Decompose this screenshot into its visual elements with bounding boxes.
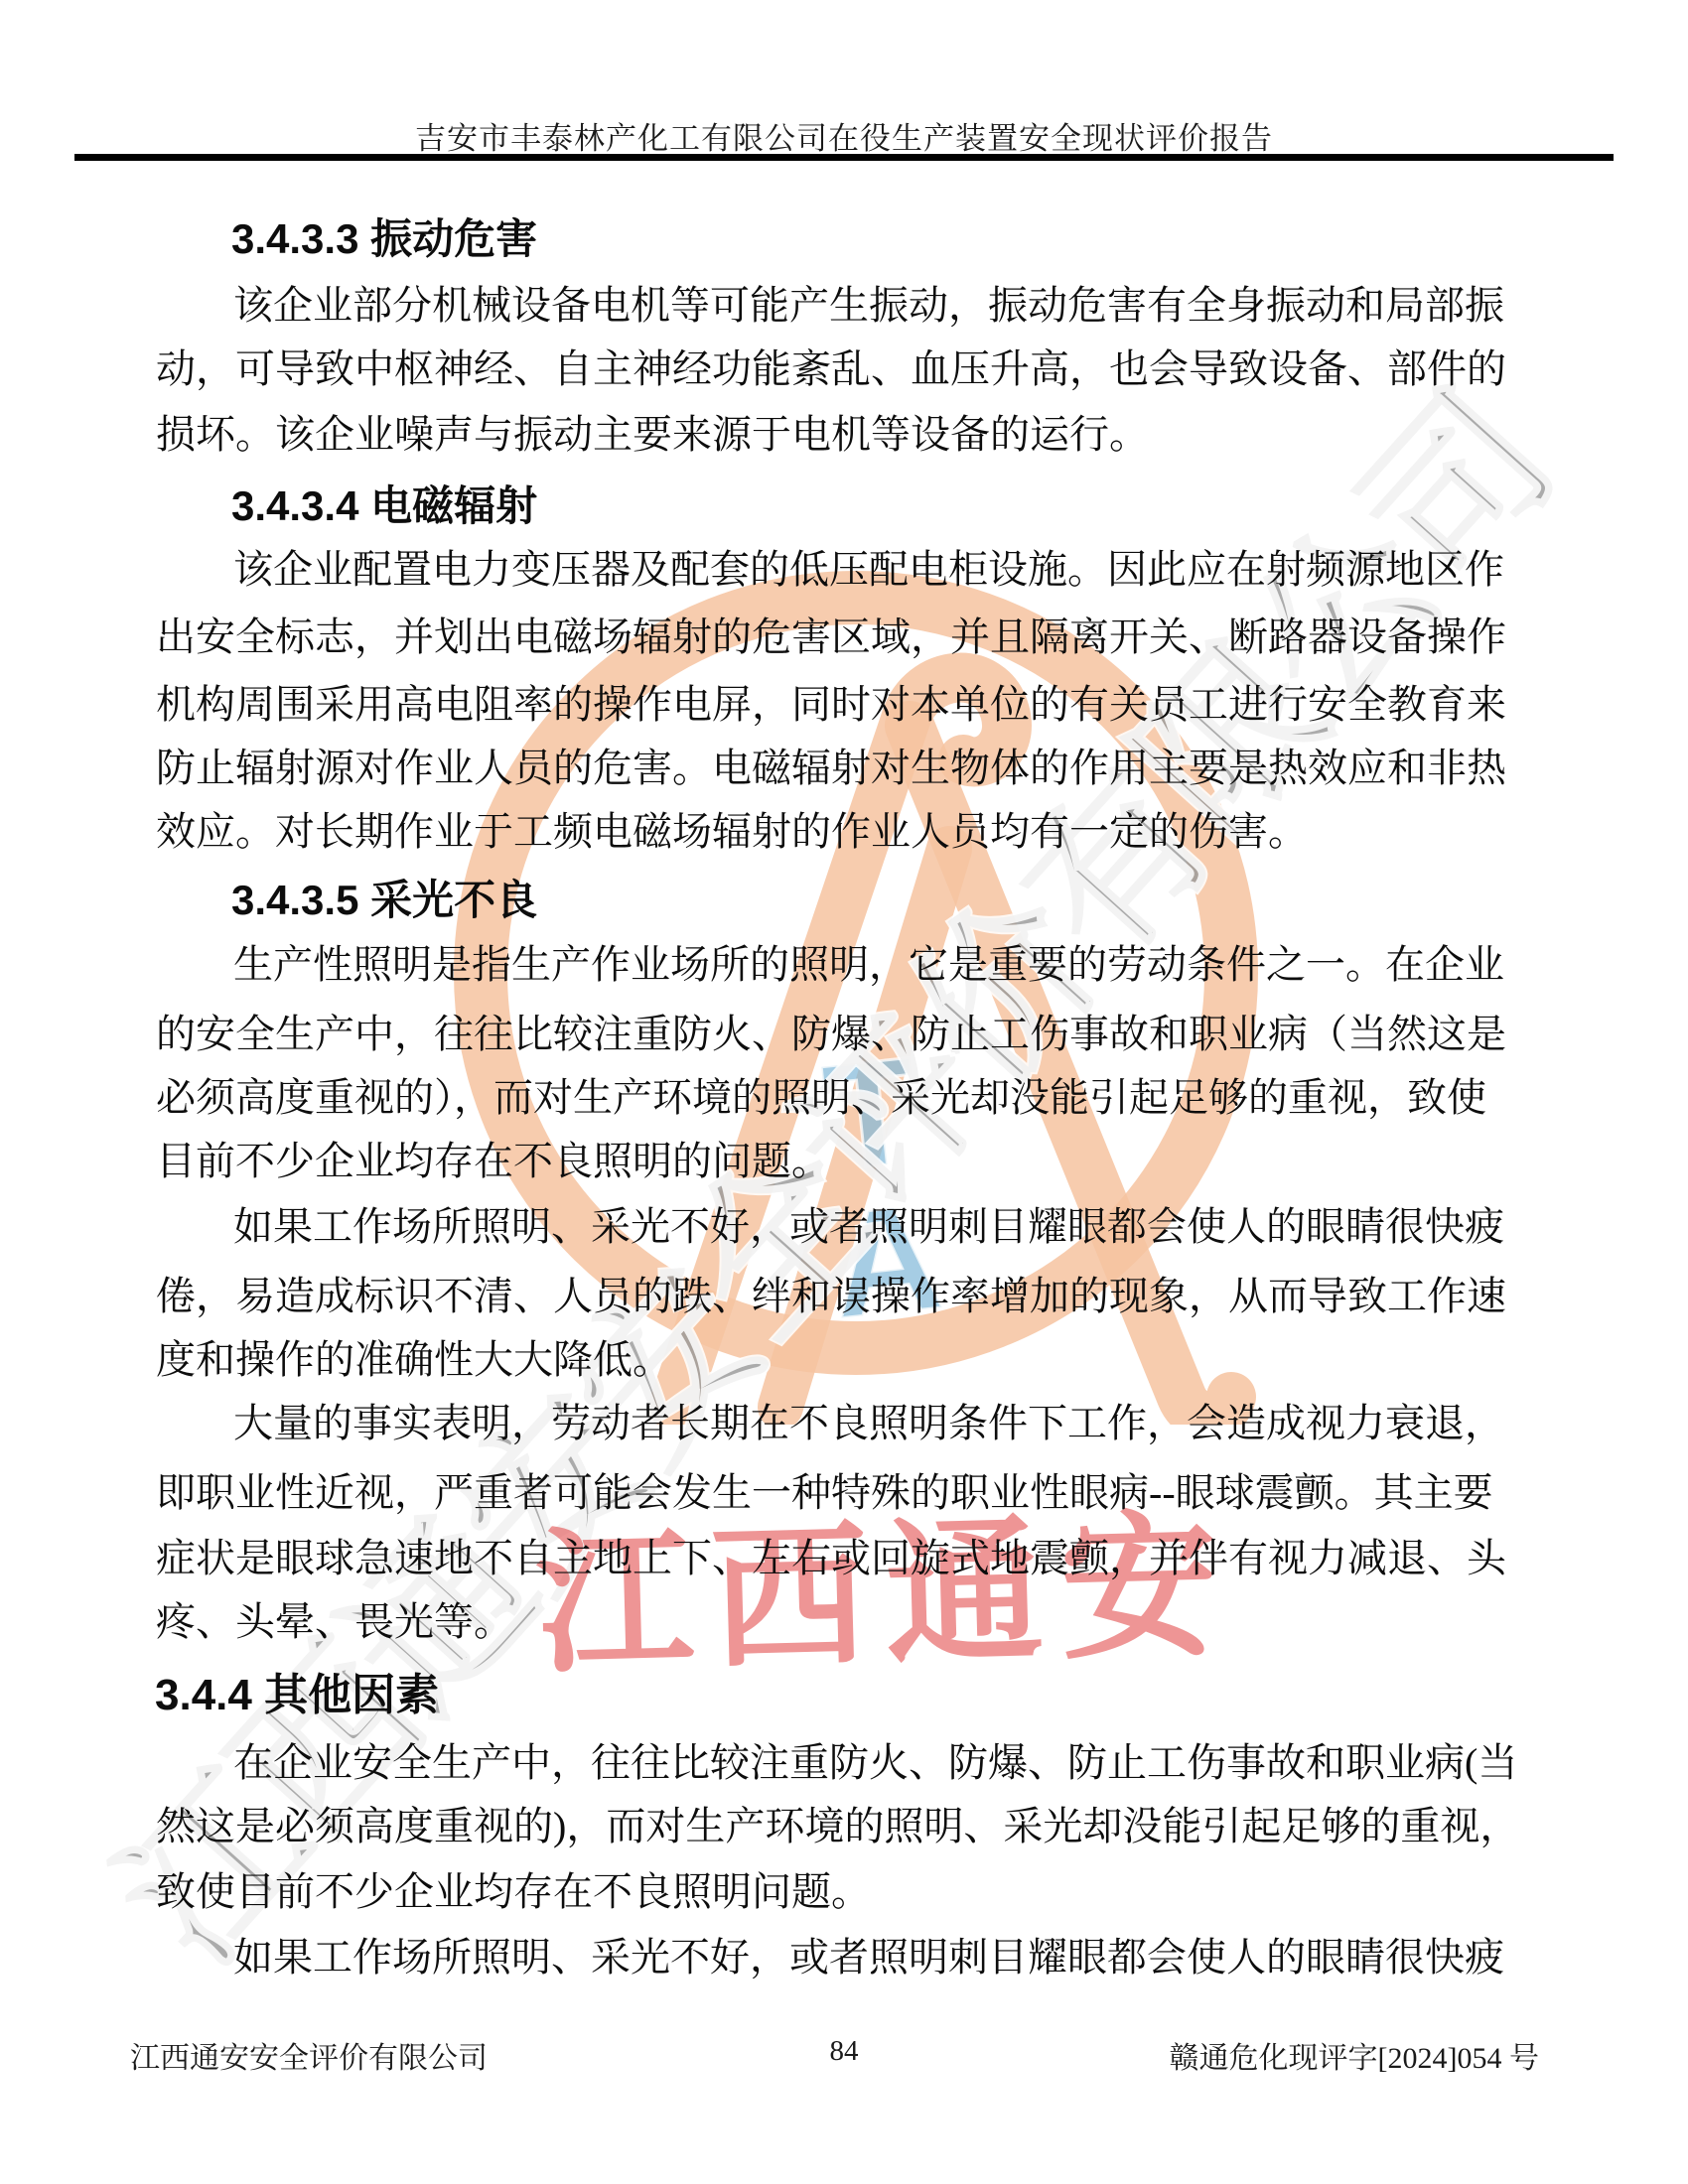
body-line: 倦，易造成标识不清、人员的跌、绊和误操作率增加的现象，从而导致工作速: [156, 1275, 1506, 1318]
body-line: 在企业安全生产中，往往比较注重防火、防爆、防止工伤事故和职业病(当: [233, 1741, 1517, 1785]
body-line: 该企业配置电力变压器及配套的低压配电柜设施。因此应在射频源地区作: [233, 548, 1504, 592]
body-line: 疼、头晕、畏光等。: [156, 1600, 513, 1644]
body-line: 生产性照明是指生产作业场所的照明，它是重要的劳动条件之一。在企业: [233, 943, 1504, 987]
body-line: 动，可导致中枢神经、自主神经功能紊乱、血压升高，也会导致设备、部件的: [156, 347, 1506, 391]
heading-3434: 3.4.3.4 电磁辐射: [231, 483, 537, 529]
body-line: 目前不少企业均存在不良照明的问题。: [156, 1140, 831, 1183]
body-line: 然这是必须高度重视的)，而对生产环境的照明、采光却没能引起足够的重视，: [156, 1805, 1519, 1848]
heading-3433: 3.4.3.3 振动危害: [231, 216, 537, 262]
body-line: 大量的事实表明，劳动者长期在不良照明条件下工作，会造成视力衰退，: [233, 1402, 1504, 1445]
header-rule: [74, 154, 1614, 161]
body-line: 机构周围采用高电阻率的操作电屏，同时对本单位的有关员工进行安全教育来: [156, 683, 1506, 727]
body-line: 即职业性近视，严重者可能会发生一种特殊的职业性眼病--眼球震颤。其主要: [156, 1471, 1493, 1515]
red-stamp-watermark: 江西通安: [534, 1508, 1237, 1683]
body-line: 症状是眼球急速地不自主地上下、左右或回旋式地震颤，并伴有视力减退、头: [156, 1537, 1506, 1580]
body-line: 度和操作的准确性大大降低。: [156, 1338, 672, 1382]
heading-3435: 3.4.3.5 采光不良: [231, 878, 537, 923]
logo-a-inner-leg: [780, 849, 949, 1407]
body-line: 防止辐射源对作业人员的危害。电磁辐射对生物体的作用主要是热效应和非热: [156, 747, 1506, 790]
heading-344: 3.4.4 其他因素: [155, 1672, 439, 1719]
body-line: 必须高度重视的），而对生产环境的照明、采光却没能引起足够的重视，致使: [156, 1076, 1486, 1120]
body-line: 如果工作场所照明、采光不好，或者照明刺目耀眼都会使人的眼睛很快疲: [233, 1936, 1504, 1979]
body-line: 如果工作场所照明、采光不好，或者照明刺目耀眼都会使人的眼睛很快疲: [233, 1205, 1504, 1249]
body-line: 的安全生产中，往往比较注重防火、防爆、防止工伤事故和职业病（当然这是: [156, 1013, 1506, 1056]
body-line: 该企业部分机械设备电机等可能产生振动，振动危害有全身振动和局部振: [233, 284, 1504, 328]
header-title: 吉安市丰泰林产化工有限公司在役生产装置安全现状评价报告: [0, 113, 1688, 158]
body-line: 致使目前不少企业均存在不良照明问题。: [156, 1870, 871, 1914]
footer-doc-number: 赣通危化现评字[2024]054 号: [1170, 2033, 1539, 2077]
body-line: 出安全标志，并划出电磁场辐射的危害区域，并且隔离开关、断路器设备操作: [156, 615, 1506, 659]
body-line: 效应。对长期作业于工频电磁场辐射的作业人员均有一定的伤害。: [156, 810, 1308, 854]
report-page: T A 江西通安安全评价有限公司 江西通安 吉安市丰泰林产化工有限公司在役生产装…: [0, 0, 1688, 2184]
body-line: 损坏。该企业噪声与振动主要来源于电机等设备的运行。: [156, 413, 1149, 457]
